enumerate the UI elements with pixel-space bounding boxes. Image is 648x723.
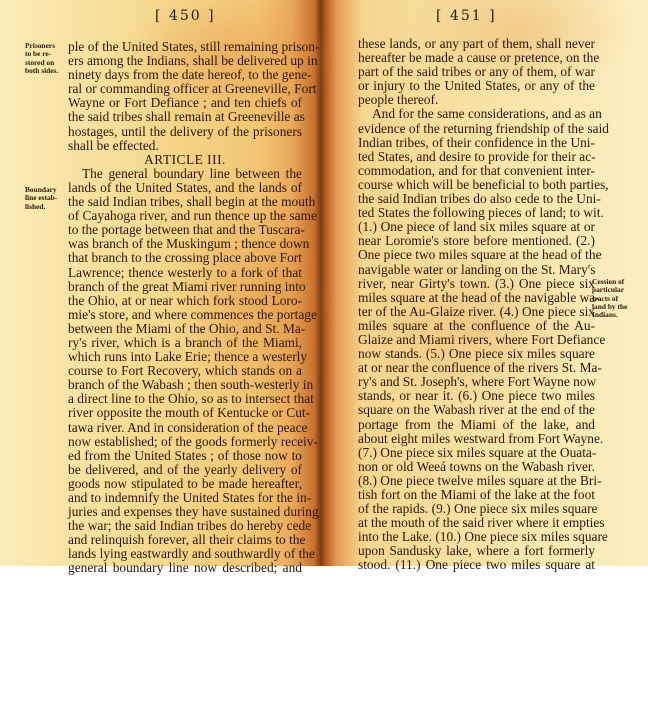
text-line: goods now stipulated to be made hereafte…: [68, 477, 302, 491]
text-line: stands, or near it. (6.) One piece two m…: [358, 389, 595, 403]
text-line: hostages, until the delivery of the pris…: [68, 125, 302, 139]
text-line: mie's store, and where commences the por…: [68, 308, 302, 322]
text-line: a direct line to the Ohio, so as to inte…: [68, 392, 302, 406]
text-line: miles square at the head of the navigabl…: [358, 291, 595, 305]
text-line: ed from the United States ; of those now…: [68, 449, 302, 463]
margin-note-prisoners: Prisoners to be re- stored on both sides…: [25, 42, 58, 75]
text-line: (8.) One piece twelve miles square at th…: [358, 474, 595, 488]
article-heading: ARTICLE III.: [68, 153, 302, 167]
text-line: evidence of the returning friendship of …: [358, 122, 595, 136]
book-spread: [ 450 ] Prisoners to be re- stored on bo…: [0, 0, 648, 566]
margin-note-boundary: Boundary line estab- lished.: [25, 186, 57, 211]
text-line: Indian tribes, of their confidence in th…: [358, 136, 595, 150]
text-line: miles square at the confluence of the Au…: [358, 319, 595, 333]
text-line: Lawrence; thence westerly to a fork of t…: [68, 266, 302, 280]
text-line: portage from the Miami of the lake, and: [358, 418, 595, 432]
text-line: lands of the United States, and the land…: [68, 181, 302, 195]
text-line: at or near the confluence of the rivers …: [358, 361, 595, 375]
left-page-text: ple of the United States, still remainin…: [68, 40, 302, 576]
text-line: now established; of the goods formerly r…: [68, 435, 302, 449]
text-line: And for the same considerations, and as …: [358, 107, 595, 121]
text-line: ninety days from the date hereof, to the…: [68, 68, 302, 82]
text-line: near Loromie's store before mentioned. (…: [358, 234, 595, 248]
text-line: be delivered, and of the yearly delivery…: [68, 463, 302, 477]
text-line: the said Indian tribes, shall begin at t…: [68, 195, 302, 209]
text-line: Wayne or Fort Defiance ; and ten chiefs …: [68, 96, 302, 110]
text-line: (1.) One piece of land six miles square …: [358, 220, 595, 234]
text-line: between the Miami of the Ohio, and St. M…: [68, 322, 302, 336]
text-line: that branch to the crossing place above …: [68, 251, 302, 265]
text-line: the war; the said Indian tribes do hereb…: [68, 519, 302, 533]
text-line: stood. (11.) One piece two miles square …: [358, 558, 595, 572]
text-line: at the mouth of the said river where it …: [358, 516, 595, 530]
text-line: square on the Wabash river at the end of…: [358, 403, 595, 417]
text-line: course to Fort Recovery, which stands on…: [68, 364, 302, 378]
page-number: [ 450 ]: [155, 8, 216, 24]
text-line: ry's and St. Joseph's, where Fort Wayne …: [358, 375, 595, 389]
text-line: lands lying eastwardly and southwardly o…: [68, 547, 302, 561]
text-line: juries and expenses they have sustained …: [68, 505, 302, 519]
text-line: which runs into Lake Erie; thence a west…: [68, 350, 302, 364]
text-line: ers among the Indians, shall be delivere…: [68, 54, 302, 68]
right-page: [ 451 ] Cession of particular tracts of …: [328, 0, 648, 566]
text-line: these lands, or any part of them, shall …: [358, 37, 595, 51]
text-line: tish fort on the Miami of the lake at th…: [358, 488, 595, 502]
text-line: into the Lake. (10.) One piece six miles…: [358, 530, 595, 544]
text-line: and relinquish forever, all their claims…: [68, 533, 302, 547]
text-line: The general boundary line between the: [68, 167, 302, 181]
text-line: the Ohio, at or near which fork stood Lo…: [68, 294, 302, 308]
text-line: shall be effected.: [68, 139, 302, 153]
text-line: now stands. (5.) One piece six miles squ…: [358, 347, 595, 361]
text-line: hereafter be made a cause or pretence, o…: [358, 51, 595, 65]
text-line: or injury to the United States, or any o…: [358, 79, 595, 93]
text-line: tawa river. And in consideration of the …: [68, 421, 302, 435]
text-line: upon Sandusky lake, where a fort formerl…: [358, 544, 595, 558]
text-line: of Cayahoga river, and run thence up the…: [68, 209, 302, 223]
text-line: the said Indian tribes do also cede to t…: [358, 192, 595, 206]
text-line: the said tribes shall remain at Greenevi…: [68, 110, 302, 124]
text-line: branch of the great Miami river running …: [68, 280, 302, 294]
text-line: of the rapids. (9.) One piece six miles …: [358, 502, 595, 516]
text-line: and to indemnify the United States for t…: [68, 491, 302, 505]
text-line: ted States, and desire to provide for th…: [358, 150, 595, 164]
text-line: was branch of the Muskingum ; thence dow…: [68, 237, 302, 251]
text-line: ry's river, which is a branch of the Mia…: [68, 336, 302, 350]
text-line: river opposite the mouth of Kentucke or …: [68, 406, 302, 420]
text-line: people thereof.: [358, 93, 595, 107]
text-line: ple of the United States, still remainin…: [68, 40, 302, 54]
text-line: course which will be beneficial to both …: [358, 178, 595, 192]
text-line: One piece two miles square at the head o…: [358, 248, 595, 262]
text-line: about eight miles westward from Fort Way…: [358, 432, 595, 446]
text-line: (7.) One piece six miles square at the O…: [358, 446, 595, 460]
text-line: general boundary line now described; and: [68, 561, 302, 575]
text-line: ral or commanding officer at Greeneville…: [68, 82, 302, 96]
text-line: Glaize and Miami rivers, where Fort Defi…: [358, 333, 595, 347]
text-line: to the portage between that and the Tusc…: [68, 223, 302, 237]
text-line: river, near Girty's town. (3.) One piece…: [358, 277, 595, 291]
page-number: [ 451 ]: [436, 8, 497, 24]
text-line: part of the said tribes or any of them, …: [358, 65, 595, 79]
text-line: ter of the Au-Glaize river. (4.) One pie…: [358, 305, 595, 319]
left-page: [ 450 ] Prisoners to be re- stored on bo…: [0, 0, 320, 566]
text-line: ted States the following pieces of land;…: [358, 206, 595, 220]
text-line: navigable water or landing on the St. Ma…: [358, 263, 595, 277]
text-line: commodation, and for that convenient int…: [358, 164, 595, 178]
text-line: branch of the Wabash ; then south-wester…: [68, 378, 302, 392]
text-line: non or old Weeá towns on the Wabash rive…: [358, 460, 595, 474]
right-page-text: these lands, or any part of them, shall …: [358, 37, 595, 573]
